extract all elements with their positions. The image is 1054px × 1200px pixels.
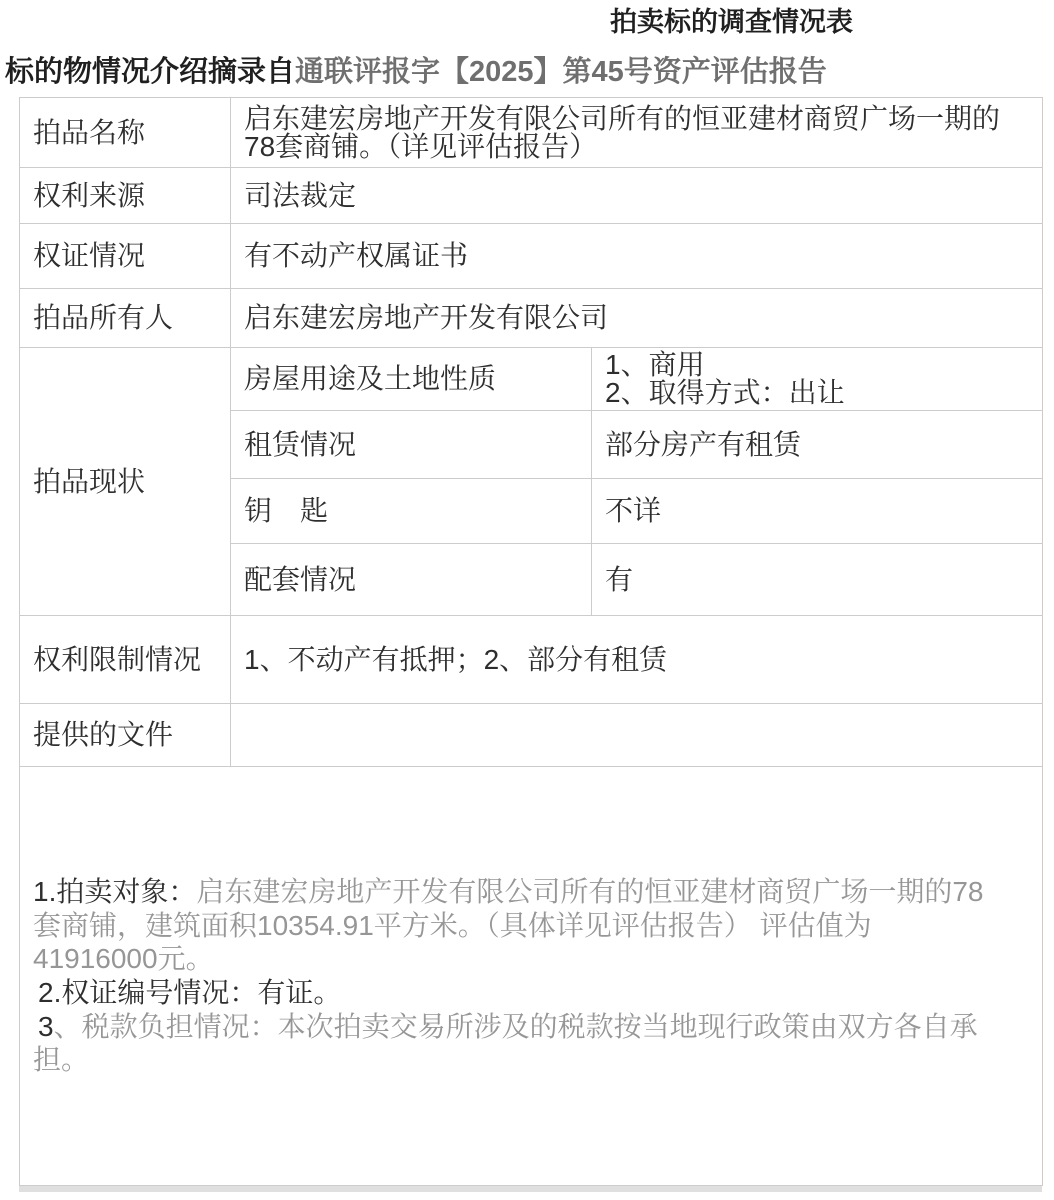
cert-status-label: 权证情况 [20,224,231,289]
note-line: 套商铺，建筑面积10354.91平方米。（具体详见评估报告） 评估值为 [33,909,1032,943]
restrictions-label: 权利限制情况 [20,616,231,704]
note-line: 1.拍卖对象：启东建宏房地产开发有限公司所有的恒亚建材商贸广场一期的78 [33,875,1032,909]
note-3-text: 、税款负担情况：本次拍卖交易所涉及的税款按当地现行政策由双方各自承 [54,1011,978,1042]
table-row: 权证情况 有不动产权属证书 [20,224,1043,289]
current-status-label: 拍品现状 [20,348,231,616]
item-name-label: 拍品名称 [20,98,231,168]
usage-label: 房屋用途及土地性质 [231,348,592,411]
table-row: 拍品名称 启东建宏房地产开发有限公司所有的恒亚建材商贸广场一期的 78套商铺。（… [20,98,1043,168]
page-title: 拍卖标的调查情况表 [610,6,1054,38]
table-row: 权利来源 司法裁定 [20,168,1043,224]
owner-label: 拍品所有人 [20,289,231,348]
usage-value-line2: 2、取得方式：出让 [605,379,1032,407]
usage-value-line1: 1、商用 [605,351,1032,379]
note-1-text: 启东建宏房地产开发有限公司所有的恒亚建材商贸广场一期的78 [196,876,983,907]
note-line: 3、税款负担情况：本次拍卖交易所涉及的税款按当地现行政策由双方各自承 [33,1010,1032,1044]
table-row: 提供的文件 [20,704,1043,767]
right-source-label: 权利来源 [20,168,231,224]
note-1-prefix: 1.拍卖对象： [33,876,196,907]
table-row: 拍品所有人 启东建宏房地产开发有限公司 [20,289,1043,348]
documents-value [231,704,1043,767]
keys-label: 钥 匙 [231,479,592,544]
documents-label: 提供的文件 [20,704,231,767]
cert-status-value: 有不动产权属证书 [231,224,1043,289]
page-subtitle: 标的物情况介绍摘录自通联评报字【2025】第45号资产评估报告 [5,54,1054,90]
auction-survey-table: 拍品名称 启东建宏房地产开发有限公司所有的恒亚建材商贸广场一期的 78套商铺。（… [19,97,1043,1186]
restrictions-value: 1、不动产有抵押；2、部分有租赁 [231,616,1043,704]
facilities-label: 配套情况 [231,544,592,616]
lease-label: 租赁情况 [231,411,592,479]
notes-section: 1.拍卖对象：启东建宏房地产开发有限公司所有的恒亚建材商贸广场一期的78 套商铺… [20,767,1043,1186]
usage-value: 1、商用 2、取得方式：出让 [592,348,1043,411]
item-name-value: 启东建宏房地产开发有限公司所有的恒亚建材商贸广场一期的 78套商铺。（详见评估报… [231,98,1043,168]
table-row: 1.拍卖对象：启东建宏房地产开发有限公司所有的恒亚建材商贸广场一期的78 套商铺… [20,767,1043,1186]
table-row: 拍品现状 房屋用途及土地性质 1、商用 2、取得方式：出让 [20,348,1043,411]
note-line: 2.权证编号情况：有证。 [33,976,1032,1010]
subtitle-prefix: 标的物情况介绍摘录自 [5,56,295,88]
item-name-value-line1: 启东建宏房地产开发有限公司所有的恒亚建材商贸广场一期的 [244,105,1032,133]
facilities-value: 有 [592,544,1043,616]
note-line: 41916000元。 [33,942,1032,976]
owner-value: 启东建宏房地产开发有限公司 [231,289,1043,348]
note-3-prefix: 3 [38,1011,54,1042]
note-line: 担。 [33,1043,1032,1077]
table-bottom-border [19,1186,1042,1192]
keys-value: 不详 [592,479,1043,544]
table-row: 权利限制情况 1、不动产有抵押；2、部分有租赁 [20,616,1043,704]
subtitle-report-reference: 通联评报字【2025】第45号资产评估报告 [295,56,827,88]
right-source-value: 司法裁定 [231,168,1043,224]
item-name-value-line2: 78套商铺。（详见评估报告） [244,133,1032,161]
lease-value: 部分房产有租赁 [592,411,1043,479]
